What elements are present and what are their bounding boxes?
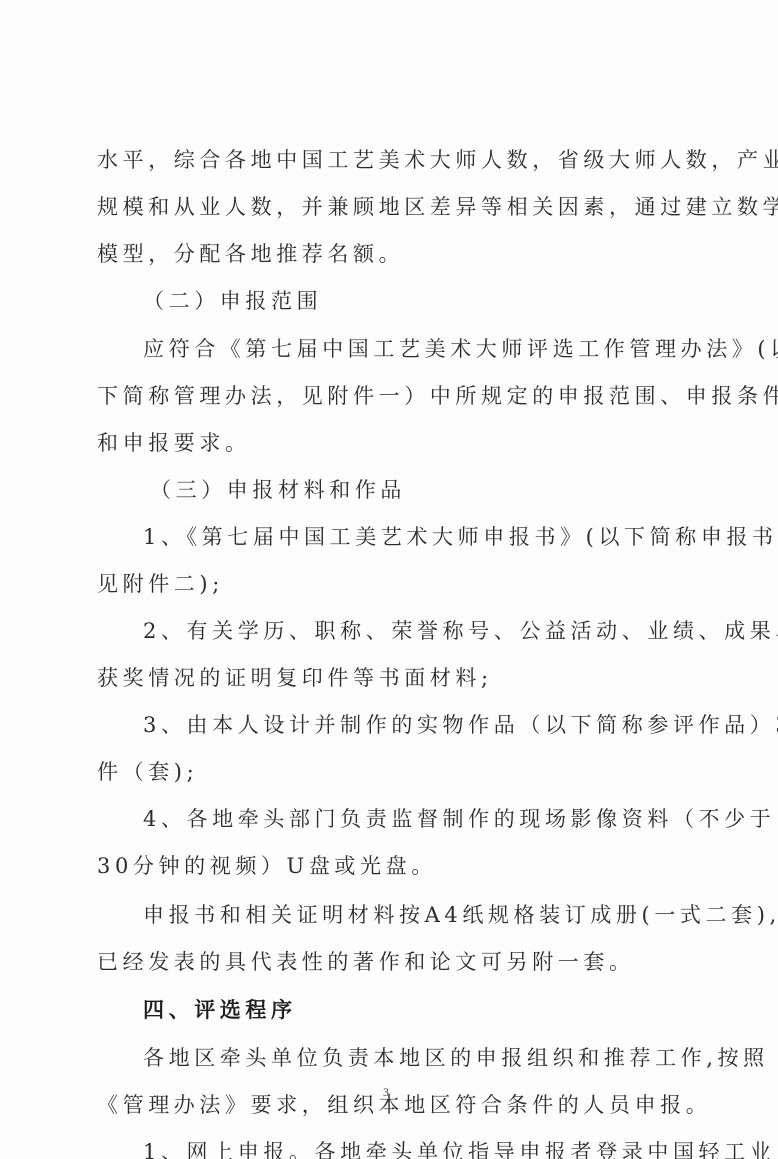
section-heading-scope: （二）申报范围: [143, 287, 743, 315]
paragraph-line: 模型，分配各地推荐名额。: [97, 240, 697, 268]
paragraph-line: 申报书和相关证明材料按A4纸规格装订成册(一式二套),: [143, 901, 743, 929]
document-page: 水平，综合各地中国工艺美术大师人数，省级大师人数，产业 规模和从业人数，并兼顾地…: [0, 0, 778, 1159]
paragraph-line: 水平，综合各地中国工艺美术大师人数，省级大师人数，产业: [97, 146, 697, 174]
paragraph-line: 规模和从业人数，并兼顾地区差异等相关因素，通过建立数学: [97, 193, 697, 221]
section-heading-materials: （三）申报材料和作品: [150, 476, 750, 504]
list-item-2: 2、有关学历、职称、荣誉称号、公益活动、业绩、成果、: [143, 617, 743, 645]
paragraph-line: 已经发表的具代表性的著作和论文可另附一套。: [97, 948, 697, 976]
paragraph-line: 下简称管理办法，见附件一）中所规定的申报范围、申报条件: [97, 382, 697, 410]
list-item-1: 1、《第七届中国工美艺术大师申报书》(以下简称申报书，: [143, 523, 743, 551]
list-item-4: 4、各地牵头部门负责监督制作的现场影像资料（不少于: [143, 805, 743, 833]
paragraph-line: 1、网上申报。各地牵头单位指导申报者登录中国轻工业: [143, 1138, 743, 1159]
paragraph-line: 各地区牵头单位负责本地区的申报组织和推荐工作,按照: [143, 1044, 743, 1072]
section-heading-procedure: 四、评选程序: [143, 996, 743, 1024]
list-item-1-cont: 见附件二);: [97, 570, 697, 598]
paragraph-line: 和申报要求。: [97, 429, 697, 457]
list-item-3: 3、由本人设计并制作的实物作品（以下简称参评作品）3: [143, 711, 743, 739]
page-number: 3: [383, 1085, 389, 1100]
paragraph-line: 应符合《第七届中国工艺美术大师评选工作管理办法》(以: [143, 335, 743, 363]
list-item-3-cont: 件（套);: [97, 758, 697, 786]
list-item-4-cont: 30分钟的视频）U盘或光盘。: [97, 852, 697, 880]
list-item-2-cont: 获奖情况的证明复印件等书面材料;: [97, 664, 697, 692]
paragraph-line: 《管理办法》要求，组织本地区符合条件的人员申报。: [97, 1091, 697, 1119]
